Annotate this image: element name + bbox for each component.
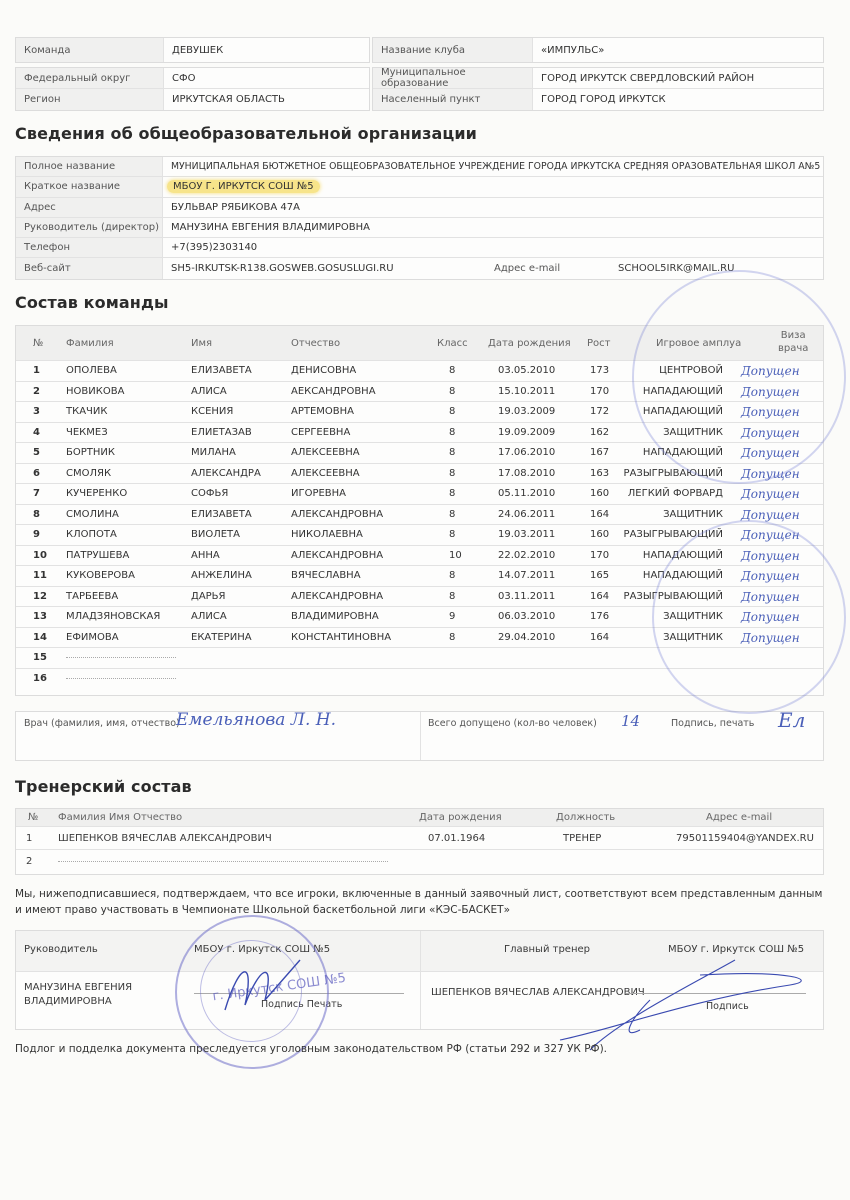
- legal-warning: Подлог и подделка документа преследуется…: [15, 1043, 607, 1055]
- handwritten-signatures: [0, 0, 850, 1200]
